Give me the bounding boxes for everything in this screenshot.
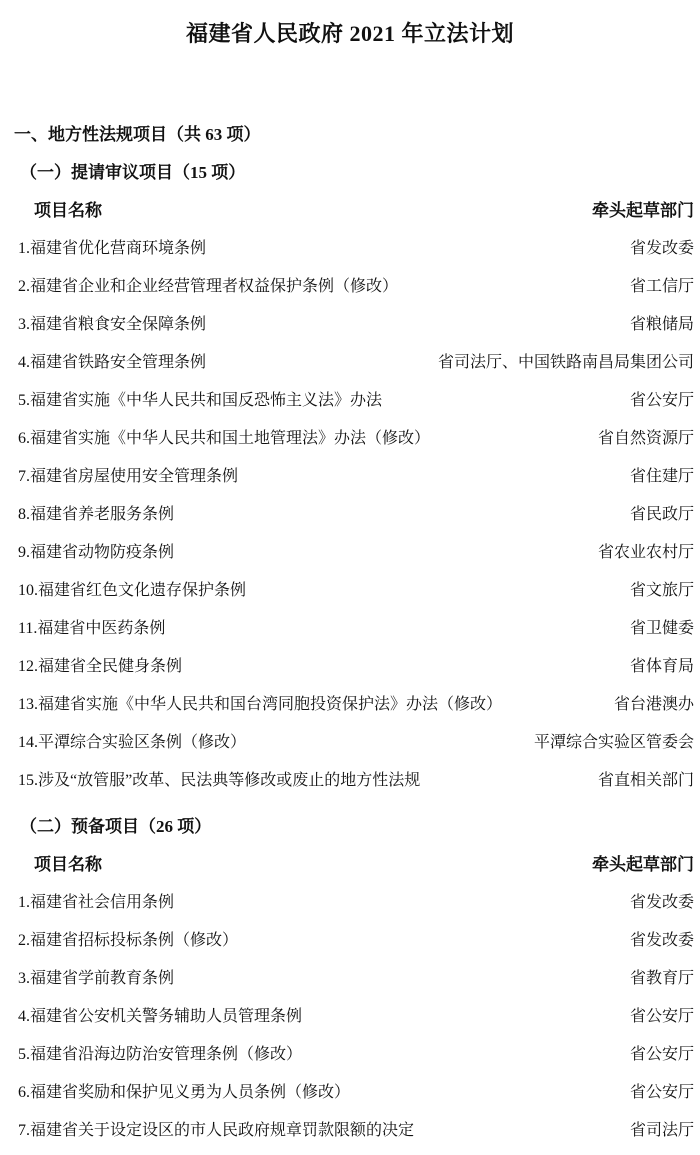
table-row: 2.福建省企业和企业经营管理者权益保护条例（修改）省工信厅 (0, 265, 700, 303)
subsection-2-list: 1.福建省社会信用条例省发改委2.福建省招标投标条例（修改）省发改委3.福建省学… (0, 881, 700, 1147)
table-row: 7.福建省关于设定设区的市人民政府规章罚款限额的决定省司法厅 (0, 1109, 700, 1147)
item-name: 2.福建省企业和企业经营管理者权益保护条例（修改） (0, 273, 398, 296)
title-row: 福建省人民政府 2021 年立法计划 (0, 13, 700, 51)
item-dept: 省自然资源厅 (598, 425, 700, 448)
item-dept: 省公安厅 (630, 1079, 700, 1102)
item-dept: 省公安厅 (630, 387, 700, 410)
item-name: 5.福建省实施《中华人民共和国反恐怖主义法》办法 (0, 387, 382, 410)
item-dept: 省发改委 (630, 927, 700, 950)
item-name: 11.福建省中医药条例 (0, 615, 165, 638)
item-dept: 省公安厅 (630, 1003, 700, 1026)
table-row: 2.福建省招标投标条例（修改）省发改委 (0, 919, 700, 957)
subsection-2-heading: （二）预备项目（26 项） (0, 805, 700, 843)
subsection-1-heading: （一）提请审议项目（15 项） (0, 151, 700, 189)
table-row: 15.涉及“放管服”改革、民法典等修改或废止的地方性法规省直相关部门 (0, 759, 700, 797)
item-name: 8.福建省养老服务条例 (0, 501, 174, 524)
item-name: 2.福建省招标投标条例（修改） (0, 927, 238, 950)
item-name: 13.福建省实施《中华人民共和国台湾同胞投资保护法》办法（修改） (0, 691, 502, 714)
table-row: 7.福建省房屋使用安全管理条例省住建厅 (0, 455, 700, 493)
table-row: 12.福建省全民健身条例省体育局 (0, 645, 700, 683)
table-row: 13.福建省实施《中华人民共和国台湾同胞投资保护法》办法（修改）省台港澳办 (0, 683, 700, 721)
subsection-1-list: 1.福建省优化营商环境条例省发改委2.福建省企业和企业经营管理者权益保护条例（修… (0, 227, 700, 797)
document: 福建省人民政府 2021 年立法计划 一、地方性法规项目（共 63 项） （一）… (0, 0, 700, 1147)
table-row: 1.福建省社会信用条例省发改委 (0, 881, 700, 919)
table-row: 1.福建省优化营商环境条例省发改委 (0, 227, 700, 265)
item-name: 14.平潭综合实验区条例（修改） (0, 729, 246, 752)
item-dept: 省粮储局 (630, 311, 700, 334)
item-dept: 省农业农村厅 (598, 539, 700, 562)
table-row: 6.福建省奖励和保护见义勇为人员条例（修改）省公安厅 (0, 1071, 700, 1109)
item-name: 10.福建省红色文化遗存保护条例 (0, 577, 246, 600)
item-dept: 省卫健委 (630, 615, 700, 638)
item-dept: 省体育局 (630, 653, 700, 676)
page-title: 福建省人民政府 2021 年立法计划 (186, 17, 514, 48)
item-dept: 平潭综合实验区管委会 (534, 729, 700, 752)
item-dept: 省发改委 (630, 889, 700, 912)
table-row: 5.福建省沿海边防治安管理条例（修改）省公安厅 (0, 1033, 700, 1071)
table-row: 5.福建省实施《中华人民共和国反恐怖主义法》办法省公安厅 (0, 379, 700, 417)
table-row: 6.福建省实施《中华人民共和国土地管理法》办法（修改）省自然资源厅 (0, 417, 700, 455)
table-header-1: 项目名称 牵头起草部门 (0, 189, 700, 227)
table-row: 11.福建省中医药条例省卫健委 (0, 607, 700, 645)
item-dept: 省工信厅 (630, 273, 700, 296)
item-name: 5.福建省沿海边防治安管理条例（修改） (0, 1041, 302, 1064)
item-name: 4.福建省公安机关警务辅助人员管理条例 (0, 1003, 302, 1026)
item-name: 1.福建省社会信用条例 (0, 889, 174, 912)
table-row: 9.福建省动物防疫条例省农业农村厅 (0, 531, 700, 569)
item-name: 6.福建省奖励和保护见义勇为人员条例（修改） (0, 1079, 350, 1102)
item-name: 4.福建省铁路安全管理条例 (0, 349, 206, 372)
item-dept: 省台港澳办 (614, 691, 700, 714)
item-dept: 省司法厅 (630, 1117, 700, 1140)
item-name: 12.福建省全民健身条例 (0, 653, 182, 676)
item-name: 6.福建省实施《中华人民共和国土地管理法》办法（修改） (0, 425, 430, 448)
table-row: 4.福建省公安机关警务辅助人员管理条例省公安厅 (0, 995, 700, 1033)
item-dept: 省发改委 (630, 235, 700, 258)
table-row: 3.福建省粮食安全保障条例省粮储局 (0, 303, 700, 341)
column-header-dept: 牵头起草部门 (592, 196, 700, 221)
item-dept: 省司法厅、中国铁路南昌局集团公司 (438, 349, 700, 372)
item-dept: 省文旅厅 (630, 577, 700, 600)
column-header-name: 项目名称 (0, 850, 102, 875)
item-dept: 省教育厅 (630, 965, 700, 988)
table-row: 14.平潭综合实验区条例（修改）平潭综合实验区管委会 (0, 721, 700, 759)
item-name: 3.福建省粮食安全保障条例 (0, 311, 206, 334)
table-header-2: 项目名称 牵头起草部门 (0, 843, 700, 881)
item-dept: 省民政厅 (630, 501, 700, 524)
item-name: 7.福建省关于设定设区的市人民政府规章罚款限额的决定 (0, 1117, 414, 1140)
section-1-heading: 一、地方性法规项目（共 63 项） (0, 113, 700, 151)
item-name: 9.福建省动物防疫条例 (0, 539, 174, 562)
table-row: 3.福建省学前教育条例省教育厅 (0, 957, 700, 995)
column-header-dept: 牵头起草部门 (592, 850, 700, 875)
item-name: 1.福建省优化营商环境条例 (0, 235, 206, 258)
item-name: 15.涉及“放管服”改革、民法典等修改或废止的地方性法规 (0, 767, 420, 790)
table-row: 4.福建省铁路安全管理条例省司法厅、中国铁路南昌局集团公司 (0, 341, 700, 379)
item-name: 3.福建省学前教育条例 (0, 965, 174, 988)
item-dept: 省住建厅 (630, 463, 700, 486)
table-row: 8.福建省养老服务条例省民政厅 (0, 493, 700, 531)
item-name: 7.福建省房屋使用安全管理条例 (0, 463, 238, 486)
item-dept: 省公安厅 (630, 1041, 700, 1064)
table-row: 10.福建省红色文化遗存保护条例省文旅厅 (0, 569, 700, 607)
column-header-name: 项目名称 (0, 196, 102, 221)
item-dept: 省直相关部门 (598, 767, 700, 790)
